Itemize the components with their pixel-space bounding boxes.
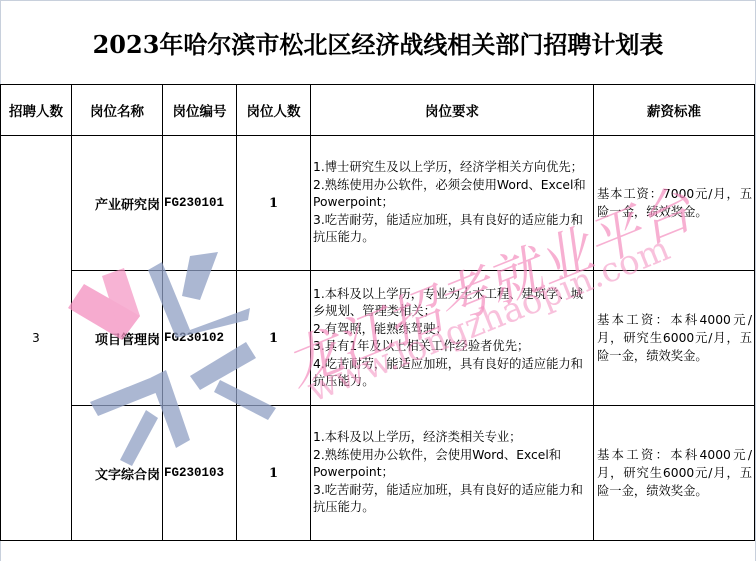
total-recruits-cell: 3 — [1, 136, 72, 541]
requirement-item: 1.本科及以上学历，经济类相关专业； — [313, 429, 589, 447]
requirement-item: 1.本科及以上学历，专业为土木工程、建筑学、城乡规划、管理类相关； — [313, 286, 589, 321]
table-row: 3 产业研究岗 FG230101 1 1.博士研究生及以上学历，经济学相关方向优… — [1, 136, 755, 271]
position-code: FG230101 — [163, 136, 237, 271]
requirement-item: 3.具有1年及以上相关工作经验者优先； — [313, 338, 589, 356]
requirements-cell: 1.本科及以上学历，经济类相关专业； 2.熟练使用办公软件，会使用Word、Ex… — [311, 406, 594, 541]
requirements-cell: 1.本科及以上学历，专业为土木工程、建筑学、城乡规划、管理类相关； 2.有驾照，… — [311, 271, 594, 406]
salary-cell: 基本工资：本科4000元/月，研究生6000元/月，五险一金，绩效奖金。 — [594, 271, 755, 406]
position-code: FG230103 — [163, 406, 237, 541]
requirement-item: 2.有驾照，能熟练驾驶； — [313, 321, 589, 339]
requirement-item: 2.熟练使用办公软件，必须会使用Word、Excel和Powerpoint； — [313, 177, 589, 212]
header-position-code: 岗位编号 — [163, 85, 237, 136]
requirement-item: 4.吃苦耐劳，能适应加班，具有良好的适应能力和抗压能力。 — [313, 356, 589, 391]
position-name: 产业研究岗 — [72, 136, 163, 271]
position-count: 1 — [237, 271, 311, 406]
table-row: 项目管理岗 FG230102 1 1.本科及以上学历，专业为土木工程、建筑学、城… — [1, 271, 755, 406]
requirement-item: 1.博士研究生及以上学历，经济学相关方向优先； — [313, 159, 589, 177]
position-name: 文字综合岗 — [72, 406, 163, 541]
requirement-item: 3.吃苦耐劳，能适应加班，具有良好的适应能力和抗压能力。 — [313, 482, 589, 517]
header-total-recruits: 招聘人数 — [1, 85, 72, 136]
table-row: 文字综合岗 FG230103 1 1.本科及以上学历，经济类相关专业； 2.熟练… — [1, 406, 755, 541]
salary-cell: 基本工资：7000元/月，五险一金，绩效奖金。 — [594, 136, 755, 271]
position-name: 项目管理岗 — [72, 271, 163, 406]
header-position-count: 岗位人数 — [237, 85, 311, 136]
header-position-name: 岗位名称 — [72, 85, 163, 136]
page-title: 2023年哈尔滨市松北区经济战线相关部门招聘计划表 — [0, 0, 756, 84]
recruitment-table: 招聘人数 岗位名称 岗位编号 岗位人数 岗位要求 薪资标准 3 产业研究岗 FG… — [0, 84, 755, 541]
requirements-cell: 1.博士研究生及以上学历，经济学相关方向优先； 2.熟练使用办公软件，必须会使用… — [311, 136, 594, 271]
header-requirements: 岗位要求 — [311, 85, 594, 136]
header-salary: 薪资标准 — [594, 85, 755, 136]
position-count: 1 — [237, 136, 311, 271]
requirement-item: 2.熟练使用办公软件，会使用Word、Excel和Powerpoint； — [313, 447, 589, 482]
position-count: 1 — [237, 406, 311, 541]
table-header-row: 招聘人数 岗位名称 岗位编号 岗位人数 岗位要求 薪资标准 — [1, 85, 755, 136]
requirement-item: 3.吃苦耐劳，能适应加班，具有良好的适应能力和抗压能力。 — [313, 212, 589, 247]
salary-cell: 基本工资：本科4000元/月，研究生6000元/月，五险一金，绩效奖金。 — [594, 406, 755, 541]
position-code: FG230102 — [163, 271, 237, 406]
